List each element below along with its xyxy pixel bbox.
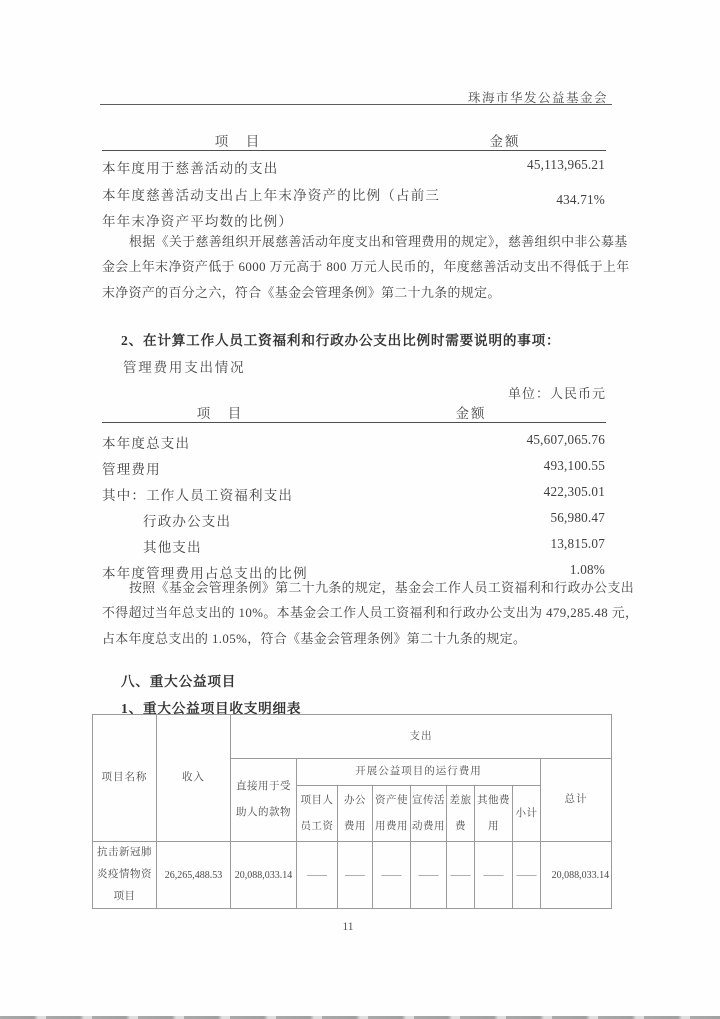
row-value: 45,113,965.21 bbox=[527, 157, 605, 173]
project-name-cell: 抗击新冠肺炎疫情物资项目 bbox=[93, 842, 157, 909]
header-rule bbox=[100, 104, 612, 105]
row-value: 422,305.01 bbox=[544, 484, 605, 500]
income-cell: 26,265,488.53 bbox=[157, 842, 231, 909]
row-label: 管理费用 bbox=[102, 458, 161, 478]
col-header-staff-salary: 项目人员工资 bbox=[297, 786, 338, 842]
paragraph-line: 不得超过当年总支出的 10%。本基金会工作人员工资福利和行政办公支出为 479,… bbox=[102, 601, 614, 626]
document-page: 珠海市华发公益基金会 项 目 金额 本年度用于慈善活动的支出 45,113,96… bbox=[0, 0, 720, 1019]
total-cell: 20,088,033.14 bbox=[541, 842, 612, 909]
row-label: 其他支出 bbox=[143, 536, 202, 556]
charity-spending-table-header: 项 目 金额 bbox=[102, 130, 606, 150]
section2-heading: 2、在计算工作人员工资福利和行政办公支出比例时需要说明的事项： bbox=[121, 329, 560, 349]
row-value: 493,100.55 bbox=[544, 458, 605, 474]
column-header-amount: 金额 bbox=[456, 402, 487, 422]
paragraph-line: 金会上年末净资产低于 6000 万元高于 800 万元人民币的，年度慈善活动支出… bbox=[102, 255, 614, 280]
row-value: 434.71% bbox=[556, 192, 605, 208]
major-project-table: 项目名称 收入 支出 直接用于受助人的款物 开展公益项目的运行费用 总计 项目人… bbox=[92, 714, 612, 909]
row-label-line1: 本年度慈善活动支出占上年末净资产的比例（占前三 bbox=[102, 184, 440, 204]
col-header-office-fee: 办公费用 bbox=[338, 786, 373, 842]
row-label: 本年度总支出 bbox=[102, 432, 190, 452]
table-row: 管理费用 493,100.55 bbox=[102, 452, 606, 478]
row-label: 其中：工作人员工资福利支出 bbox=[102, 484, 293, 504]
col-header-travel-fee: 差旅费 bbox=[447, 786, 475, 842]
unit-label: 单位：人民币元 bbox=[508, 383, 606, 402]
other-fee-cell: —— bbox=[475, 842, 513, 909]
travel-fee-cell: —— bbox=[447, 842, 475, 909]
section2-subheading: 管理费用支出情况 bbox=[123, 356, 245, 376]
table-header-rule bbox=[102, 422, 606, 423]
publicity-fee-cell: —— bbox=[411, 842, 447, 909]
col-header-income: 收入 bbox=[157, 715, 231, 842]
paragraph-line: 末净资产的百分之六，符合《基金会管理条例》第二十九条的规定。 bbox=[102, 281, 614, 306]
row-value: 13,815.07 bbox=[550, 536, 605, 552]
direct-goods-cell: 20,088,033.14 bbox=[231, 842, 297, 909]
col-header-project-name: 项目名称 bbox=[93, 715, 157, 842]
col-header-subtotal: 小计 bbox=[513, 786, 541, 842]
office-fee-cell: —— bbox=[338, 842, 373, 909]
table-row: 其中：工作人员工资福利支出 422,305.01 bbox=[102, 478, 606, 504]
col-header-publicity-fee: 宣传活动费用 bbox=[411, 786, 447, 842]
column-header-item: 项 目 bbox=[197, 402, 244, 422]
section8-heading: 八、重大公益项目 bbox=[121, 670, 236, 690]
col-header-total: 总计 bbox=[541, 759, 612, 842]
col-header-direct-goods: 直接用于受助人的款物 bbox=[231, 759, 297, 842]
row-label: 行政办公支出 bbox=[143, 510, 231, 530]
column-header-item: 项 目 bbox=[215, 130, 262, 150]
col-header-expense: 支出 bbox=[231, 715, 612, 759]
col-header-other-fee: 其他费用 bbox=[475, 786, 513, 842]
paragraph-line: 根据《关于慈善组织开展慈善活动年度支出和管理费用的规定》，慈善组织中非公募基 bbox=[102, 230, 614, 255]
subtotal-cell: —— bbox=[513, 842, 541, 909]
row-label: 本年度用于慈善活动的支出 bbox=[102, 157, 278, 177]
staff-salary-cell: —— bbox=[297, 842, 338, 909]
table-row: 本年度用于慈善活动的支出 45,113,965.21 bbox=[102, 151, 606, 179]
table-row: 抗击新冠肺炎疫情物资项目 26,265,488.53 20,088,033.14… bbox=[93, 842, 612, 909]
table-row: 行政办公支出 56,980.47 bbox=[102, 504, 606, 530]
table-row: 其他支出 13,815.07 bbox=[102, 530, 606, 556]
col-header-asset-use-fee: 资产使用费用 bbox=[373, 786, 411, 842]
management-expense-table: 项 目 金额 本年度总支出 45,607,065.76 管理费用 493,100… bbox=[102, 402, 606, 582]
paragraph-line: 占本年度总支出的 1.05%，符合《基金会管理条例》第二十九条的规定。 bbox=[102, 627, 614, 652]
column-header-amount: 金额 bbox=[490, 130, 521, 150]
paragraph-line: 按照《基金会管理条例》第二十九条的规定，基金会工作人员工资福利和行政办公支出 bbox=[102, 576, 614, 601]
row-value: 56,980.47 bbox=[550, 510, 605, 526]
page-number: 11 bbox=[0, 921, 696, 933]
col-header-operating-costs: 开展公益项目的运行费用 bbox=[297, 759, 541, 786]
asset-use-fee-cell: —— bbox=[373, 842, 411, 909]
management-expense-table-header: 项 目 金额 bbox=[102, 402, 606, 422]
table-row: 本年度总支出 45,607,065.76 bbox=[102, 426, 606, 452]
regulation-paragraph: 根据《关于慈善组织开展慈善活动年度支出和管理费用的规定》，慈善组织中非公募基 金… bbox=[102, 230, 614, 306]
row-value: 45,607,065.76 bbox=[527, 432, 605, 448]
row-label-line2: 年年末净资产平均数的比例） bbox=[102, 210, 293, 230]
compliance-paragraph: 按照《基金会管理条例》第二十九条的规定，基金会工作人员工资福利和行政办公支出 不… bbox=[102, 576, 614, 652]
charity-spending-table: 项 目 金额 本年度用于慈善活动的支出 45,113,965.21 本年度慈善活… bbox=[102, 130, 606, 235]
table-row: 本年度慈善活动支出占上年末净资产的比例（占前三 年年末净资产平均数的比例） 43… bbox=[102, 179, 606, 235]
